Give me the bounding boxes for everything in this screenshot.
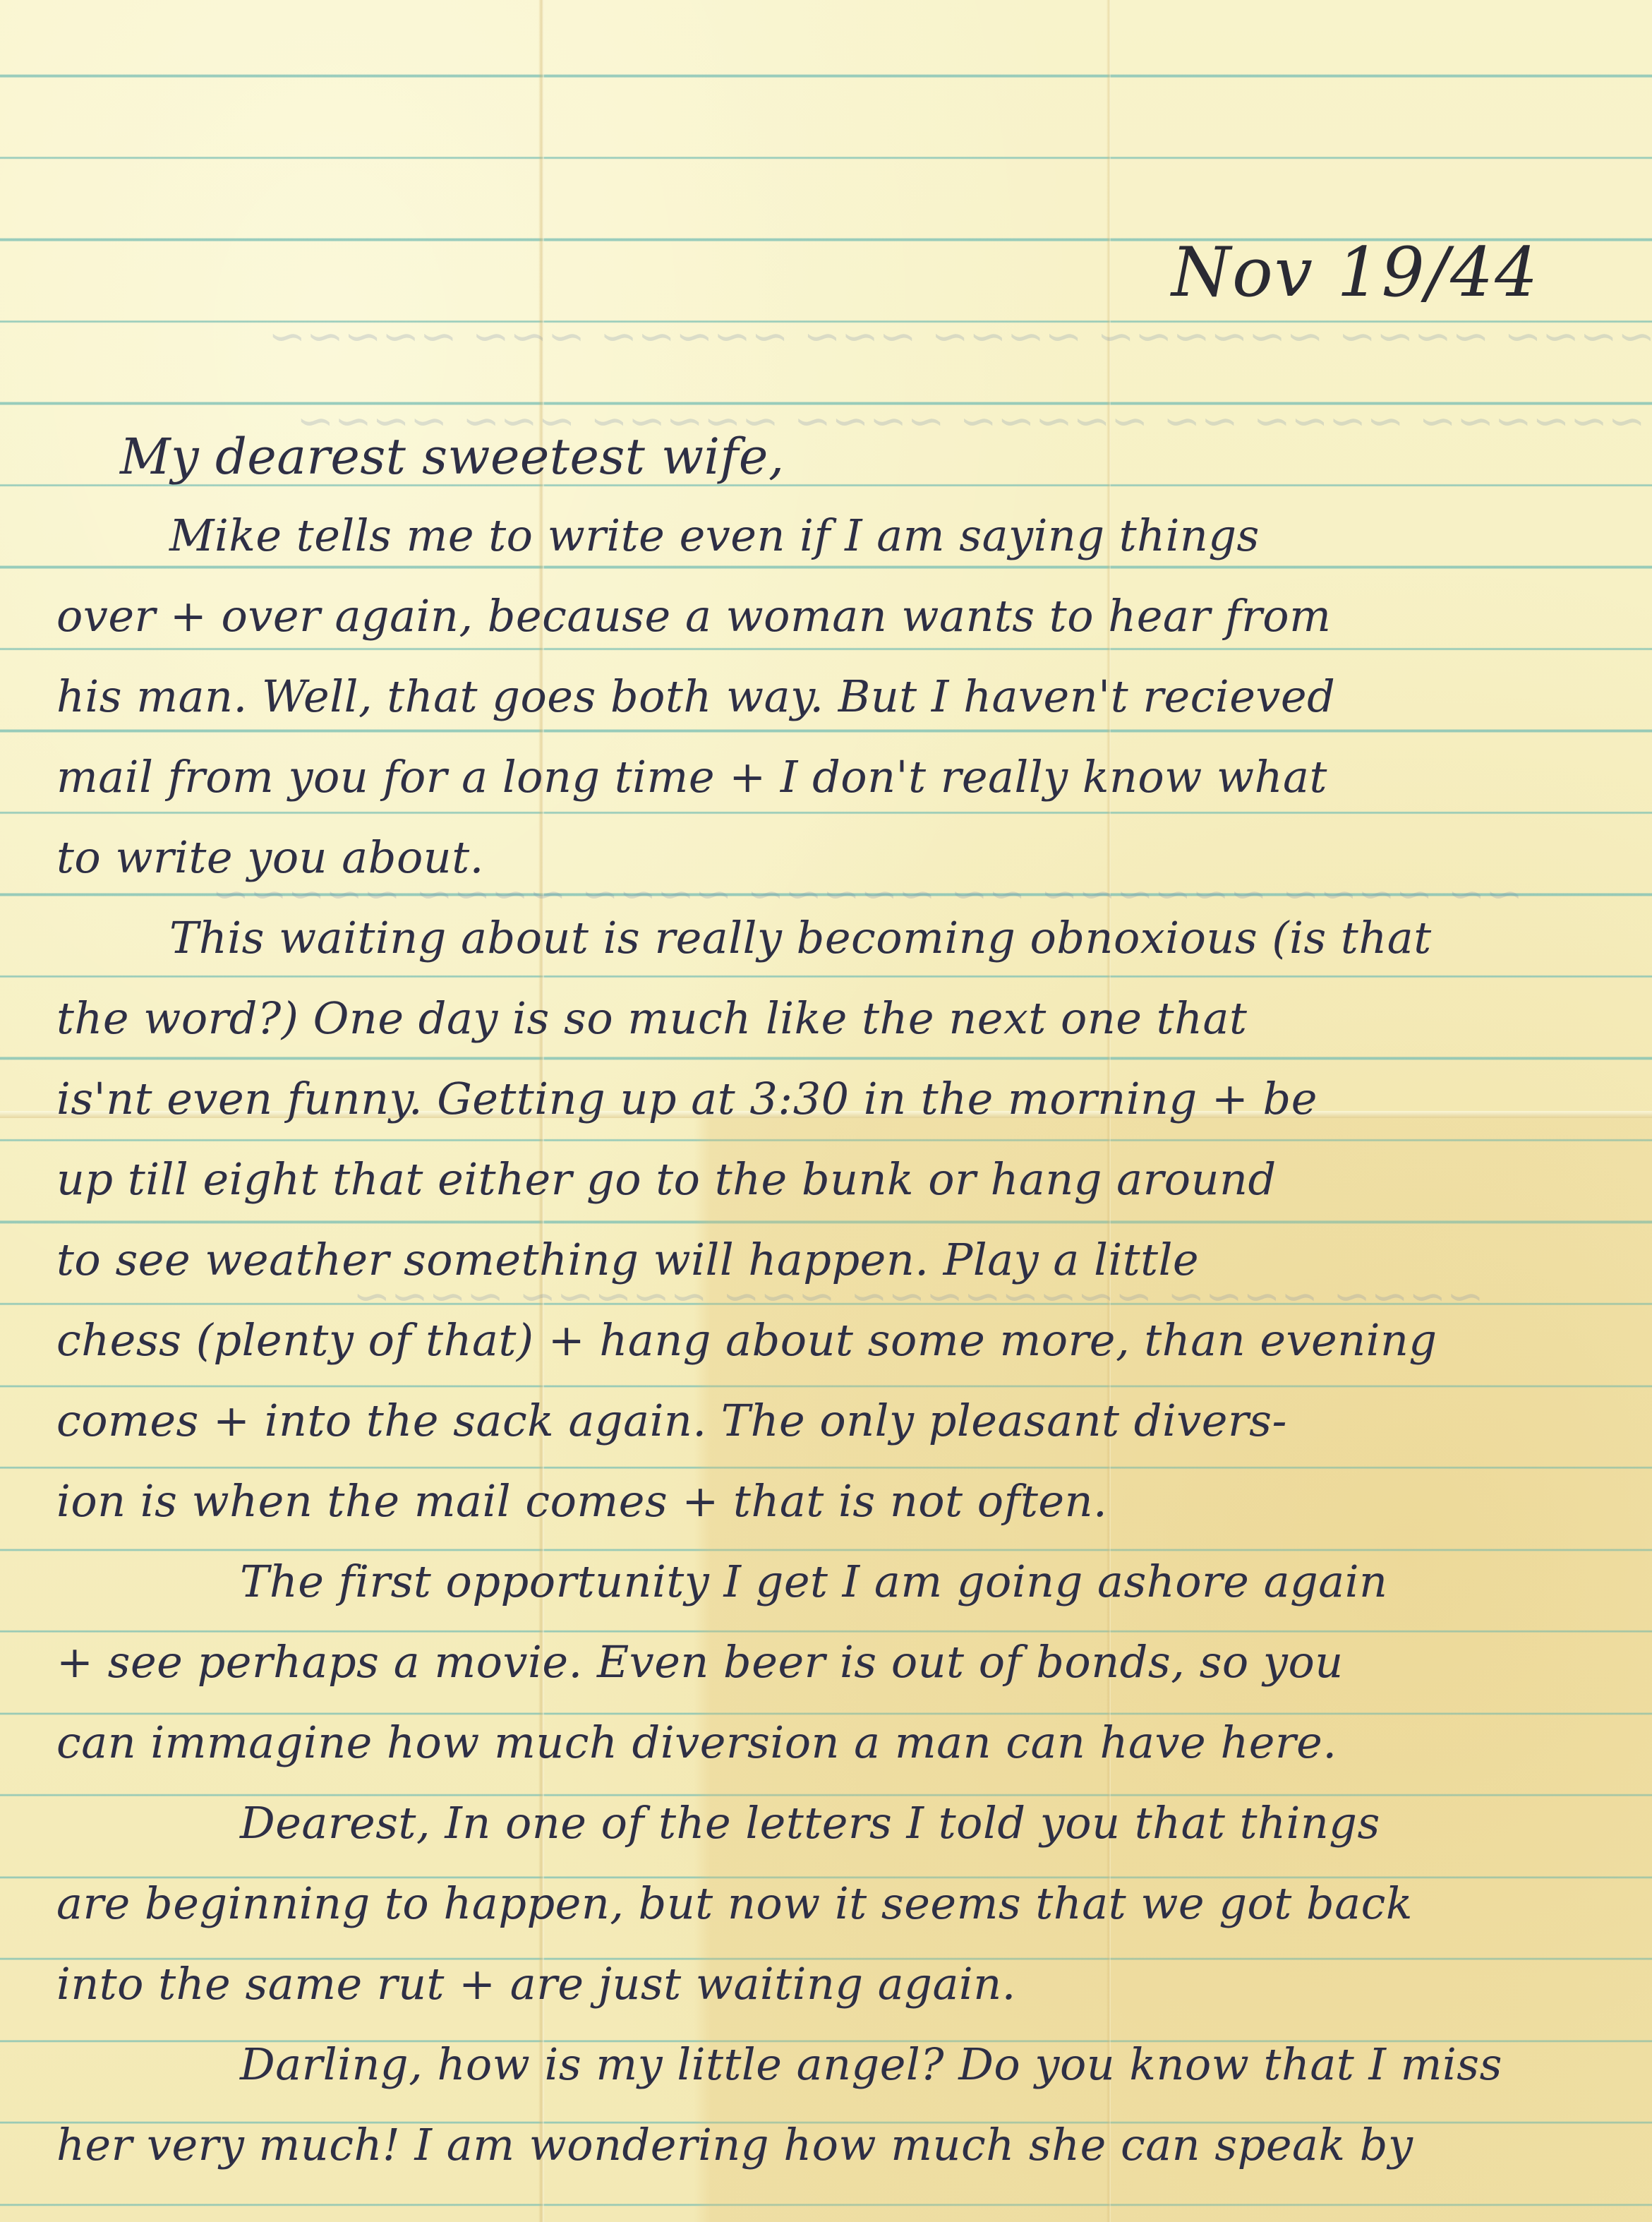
letter-line: to see weather something will happen. Pl… — [56, 1238, 1631, 1282]
letter-line: to write you about. — [56, 836, 1631, 879]
letter-line: The first opportunity I get I am going a… — [56, 1560, 1631, 1604]
letter-line: Dearest, In one of the letters I told yo… — [56, 1801, 1631, 1845]
letter-line: Mike tells me to write even if I am sayi… — [56, 514, 1631, 558]
letter-line: his man. Well, that goes both way. But I… — [56, 675, 1631, 719]
letter-page: ~~~~~~ ~~~~ ~~~~~~ ~~~~ ~~~ ~~~~~ ~~~ ~~… — [0, 0, 1652, 2222]
letter-line: up till eight that either go to the bunk… — [56, 1158, 1631, 1201]
letter-date: Nov 19/44 — [1171, 233, 1539, 312]
letter-line: over + over again, because a woman wants… — [56, 594, 1631, 638]
letter-line: can immagine how much diversion a man ca… — [56, 1721, 1631, 1765]
letter-line: mail from you for a long time + I don't … — [56, 755, 1631, 799]
letter-line: chess (plenty of that) + hang about some… — [56, 1319, 1631, 1362]
letter-line: is'nt even funny. Getting up at 3:30 in … — [56, 1077, 1631, 1121]
letter-line: are beginning to happen, but now it seem… — [56, 1882, 1631, 1926]
letter-line: ion is when the mail comes + that is not… — [56, 1479, 1631, 1523]
salutation: My dearest sweetest wife, — [56, 432, 1631, 481]
letter-line: Darling, how is my little angel? Do you … — [56, 2043, 1631, 2086]
letter-line: into the same rut + are just waiting aga… — [56, 1962, 1631, 2006]
letter-line: the word?) One day is so much like the n… — [56, 997, 1631, 1040]
letter-line: + see perhaps a movie. Even beer is out … — [56, 1640, 1631, 1684]
bleed-through-text: ~~~~~~ ~~~~ ~~~~~~ ~~~~ ~~~ ~~~~~ ~~~ ~~… — [268, 311, 1652, 363]
letter-line: comes + into the sack again. The only pl… — [56, 1399, 1631, 1443]
letter-line: This waiting about is really becoming ob… — [56, 916, 1631, 960]
letter-line: her very much! I am wondering how much s… — [56, 2123, 1631, 2167]
